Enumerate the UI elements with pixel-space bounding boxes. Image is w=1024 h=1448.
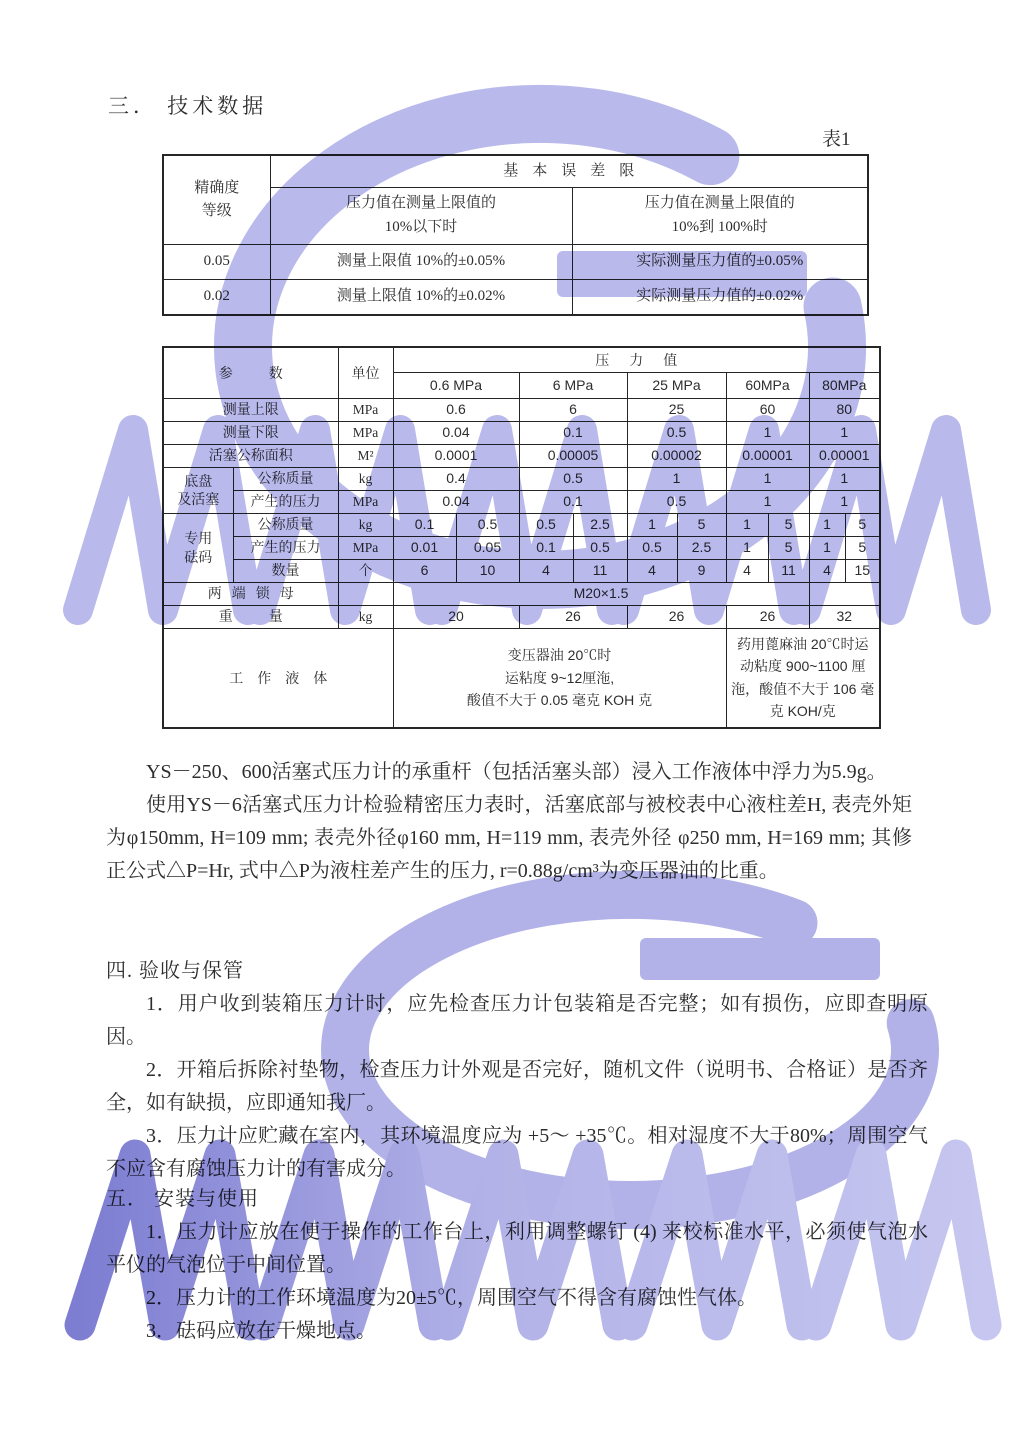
table-cell: 压力值在测量上限值的10%以下时	[270, 187, 572, 244]
table-cell: 1	[809, 467, 880, 490]
table-cell: 专用砝码	[163, 513, 233, 582]
table-cell: 0.1	[519, 536, 573, 559]
table-cell: 0.00001	[726, 444, 809, 467]
table-cell: 产生的压力	[233, 490, 338, 513]
table-cell: 15	[845, 559, 880, 582]
table-cell: 1	[627, 513, 677, 536]
table-row: 产生的压力MPa0.010.050.10.50.52.51515	[163, 536, 880, 559]
paragraph: 使用YS－6活塞式压力计检验精密压力表时，活塞底部与被校表中心液柱差H, 表壳外…	[106, 789, 912, 888]
table-row: 测量下限MPa0.040.10.511	[163, 421, 880, 444]
table-cell: 6	[393, 559, 456, 582]
table-cell: 0.1	[393, 513, 456, 536]
table-cell: 0.5	[627, 536, 677, 559]
paragraph: 1．用户收到装箱压力计时，应先检查压力计包装箱是否完整；如有损伤，应即查明原因。	[106, 988, 928, 1054]
data-table: 参数单位压力值0.6 MPa6 MPa25 MPa60MPa80MPa测量上限M…	[162, 346, 881, 729]
table-cell: kg	[338, 467, 393, 490]
section-items: 1．压力计应放在便于操作的工作台上，利用调整螺钉 (4) 来校标准水平，必须使气…	[106, 1216, 928, 1348]
table-cell: 实际测量压力值的±0.05%	[572, 244, 868, 279]
table-cell: 参数	[163, 347, 338, 398]
table-cell: 26	[519, 605, 627, 628]
table-cell: 0.1	[519, 490, 627, 513]
table-cell: 0.0001	[393, 444, 519, 467]
paragraph: 3．砝码应放在干燥地点。	[106, 1315, 928, 1348]
table-row: 参数单位压力值	[163, 347, 880, 372]
table-cell: 20	[393, 605, 519, 628]
table-cell: 1	[726, 513, 768, 536]
section-acceptance-storage: 四. 验收与保管 1．用户收到装箱压力计时，应先检查压力计包装箱是否完整；如有损…	[106, 955, 928, 1186]
paragraph: 3．压力计应贮藏在室内，其环境温度应为 +5～ +35℃。相对湿度不大于80%；…	[106, 1120, 928, 1186]
table-cell: 9	[677, 559, 726, 582]
table-row: 0.02测量上限值 10%的±0.02%实际测量压力值的±0.02%	[163, 279, 868, 315]
table-cell: 测量上限	[163, 398, 338, 421]
table-cell: kg	[338, 513, 393, 536]
table-cell: 底盘及活塞	[163, 467, 233, 513]
table-cell: 2.5	[573, 513, 627, 536]
table-cell: 基本误差限	[270, 155, 868, 187]
table-cell: 4	[519, 559, 573, 582]
table-cell	[338, 582, 393, 605]
table-cell: 11	[573, 559, 627, 582]
table-cell: MPa	[338, 490, 393, 513]
table-cell: 10	[456, 559, 519, 582]
table-cell: 5	[677, 513, 726, 536]
paragraph: 2．压力计的工作环境温度为20±5℃，周围空气不得含有腐蚀性气体。	[106, 1282, 928, 1315]
table-cell: 0.5	[573, 536, 627, 559]
table-cell: 26	[726, 605, 809, 628]
table-cell: 1	[726, 490, 809, 513]
table-cell: 5	[845, 536, 880, 559]
table-cell: 11	[768, 559, 809, 582]
table-cell: 1	[809, 421, 880, 444]
table-cell: MPa	[338, 398, 393, 421]
table-cell: 6 MPa	[519, 372, 627, 398]
table-cell: 1	[809, 513, 845, 536]
table-cell: 个	[338, 559, 393, 582]
paragraph: YS－250、600活塞式压力计的承重杆（包括活塞头部）浸入工作液体中浮力为5.…	[106, 756, 912, 789]
table-cell: 0.05	[163, 244, 270, 279]
table-cell: 精确度等级	[163, 155, 270, 244]
table-cell: 测量上限值 10%的±0.05%	[270, 244, 572, 279]
table-cell: M²	[338, 444, 393, 467]
table-cell: 0.4	[393, 467, 519, 490]
table-cell: 32	[809, 605, 880, 628]
section-items: 1．用户收到装箱压力计时，应先检查压力计包装箱是否完整；如有损伤，应即查明原因。…	[106, 988, 928, 1186]
table-cell: 0.5	[627, 421, 726, 444]
table-cell: 0.6 MPa	[393, 372, 519, 398]
table-cell: 25	[627, 398, 726, 421]
table-cell: 压力值在测量上限值的10%到 100%时	[572, 187, 868, 244]
table-cell: 两端锁母	[163, 582, 338, 605]
table-cell: 实际测量压力值的±0.02%	[572, 279, 868, 315]
table-cell: 6	[519, 398, 627, 421]
table-cell: 2.5	[677, 536, 726, 559]
table-cell: 5	[845, 513, 880, 536]
table-cell: 0.05	[456, 536, 519, 559]
table-cell: 工作液体	[163, 628, 393, 728]
table-cell: 5	[768, 536, 809, 559]
table-cell	[809, 582, 880, 605]
table-cell: 80	[809, 398, 880, 421]
table-cell: 测量上限值 10%的±0.02%	[270, 279, 572, 315]
section-heading: 五． 安装与使用	[106, 1183, 928, 1216]
document-page: 三． 技术数据 表1 精确度等级基本误差限压力值在测量上限值的10%以下时压力值…	[0, 0, 1024, 1448]
table-row: 测量上限MPa0.66256080	[163, 398, 880, 421]
paragraph: 1．压力计应放在便于操作的工作台上，利用调整螺钉 (4) 来校标准水平，必须使气…	[106, 1216, 928, 1282]
table-cell: 1	[809, 490, 880, 513]
table-cell: 变压器油 20℃时运粘度 9~12厘沲,酸值不大于 0.05 毫克 KOH 克	[393, 628, 726, 728]
table-cell: 1	[726, 536, 768, 559]
table-cell: 4	[809, 559, 845, 582]
table-cell: 5	[768, 513, 809, 536]
table-cell: 0.00005	[519, 444, 627, 467]
table-cell: MPa	[338, 536, 393, 559]
section-installation-use: 五． 安装与使用 1．压力计应放在便于操作的工作台上，利用调整螺钉 (4) 来校…	[106, 1183, 928, 1348]
section-heading: 四. 验收与保管	[106, 955, 928, 988]
table-cell: 药用蓖麻油 20℃时运动粘度 900~1100 厘沲，酸值不大于 106 毫克 …	[726, 628, 880, 728]
table-cell: 产生的压力	[233, 536, 338, 559]
document-content: 三． 技术数据 表1 精确度等级基本误差限压力值在测量上限值的10%以下时压力值…	[0, 0, 1024, 1448]
table-cell: 0.1	[519, 421, 627, 444]
table-cell: 0.00002	[627, 444, 726, 467]
table-cell: 0.5	[519, 467, 627, 490]
table-cell: 26	[627, 605, 726, 628]
table-cell: 重量	[163, 605, 338, 628]
table-cell: 0.6	[393, 398, 519, 421]
table-cell: 4	[726, 559, 768, 582]
table-cell: 压力值	[393, 347, 880, 372]
table-cell: 60MPa	[726, 372, 809, 398]
table-row: 两端锁母M20×1.5	[163, 582, 880, 605]
technical-notes: YS－250、600活塞式压力计的承重杆（包括活塞头部）浸入工作液体中浮力为5.…	[106, 756, 912, 888]
table-cell: kg	[338, 605, 393, 628]
table-cell: 0.04	[393, 421, 519, 444]
table-cell: 80MPa	[809, 372, 880, 398]
table-row: 重量kg2026262632	[163, 605, 880, 628]
table-cell: 1	[627, 467, 726, 490]
table-cell: 1	[726, 467, 809, 490]
table-cell: 0.5	[519, 513, 573, 536]
table-cell: 0.01	[393, 536, 456, 559]
table-cell: 测量下限	[163, 421, 338, 444]
table-cell: 0.00001	[809, 444, 880, 467]
basic-error-limit-table: 精确度等级基本误差限压力值在测量上限值的10%以下时压力值在测量上限值的10%到…	[162, 154, 869, 316]
table-cell: 4	[627, 559, 677, 582]
table-cell: MPa	[338, 421, 393, 444]
table-cell: 公称质量	[233, 467, 338, 490]
table-cell: 公称质量	[233, 513, 338, 536]
table1-label: 表1	[822, 124, 851, 151]
table-cell: 1	[726, 421, 809, 444]
parameters-pressure-table: 参数单位压力值0.6 MPa6 MPa25 MPa60MPa80MPa测量上限M…	[162, 346, 881, 729]
section-title: 三． 技术数据	[108, 90, 267, 120]
table-cell: 0.02	[163, 279, 270, 315]
table-cell: 数量	[233, 559, 338, 582]
table-row: 0.05测量上限值 10%的±0.05%实际测量压力值的±0.05%	[163, 244, 868, 279]
table-cell: 0.04	[393, 490, 519, 513]
data-table: 精确度等级基本误差限压力值在测量上限值的10%以下时压力值在测量上限值的10%到…	[162, 154, 869, 316]
table-cell: M20×1.5	[393, 582, 809, 605]
table-cell: 0.5	[456, 513, 519, 536]
table-cell: 1	[809, 536, 845, 559]
table-row: 精确度等级基本误差限	[163, 155, 868, 187]
table-cell: 活塞公称面积	[163, 444, 338, 467]
table-cell: 60	[726, 398, 809, 421]
table-row: 产生的压力MPa0.040.10.511	[163, 490, 880, 513]
table-row: 专用砝码公称质量kg0.10.50.52.5151515	[163, 513, 880, 536]
table-cell: 0.5	[627, 490, 726, 513]
paragraph: 2．开箱后拆除衬垫物，检查压力计外观是否完好，随机文件（说明书、合格证）是否齐全…	[106, 1054, 928, 1120]
table-cell: 25 MPa	[627, 372, 726, 398]
table-cell: 单位	[338, 347, 393, 398]
table-row: 数量个61041149411415	[163, 559, 880, 582]
table-row: 活塞公称面积M²0.00010.000050.000020.000010.000…	[163, 444, 880, 467]
table-row: 底盘及活塞公称质量kg0.40.5111	[163, 467, 880, 490]
table-row: 工作液体变压器油 20℃时运粘度 9~12厘沲,酸值不大于 0.05 毫克 KO…	[163, 628, 880, 728]
